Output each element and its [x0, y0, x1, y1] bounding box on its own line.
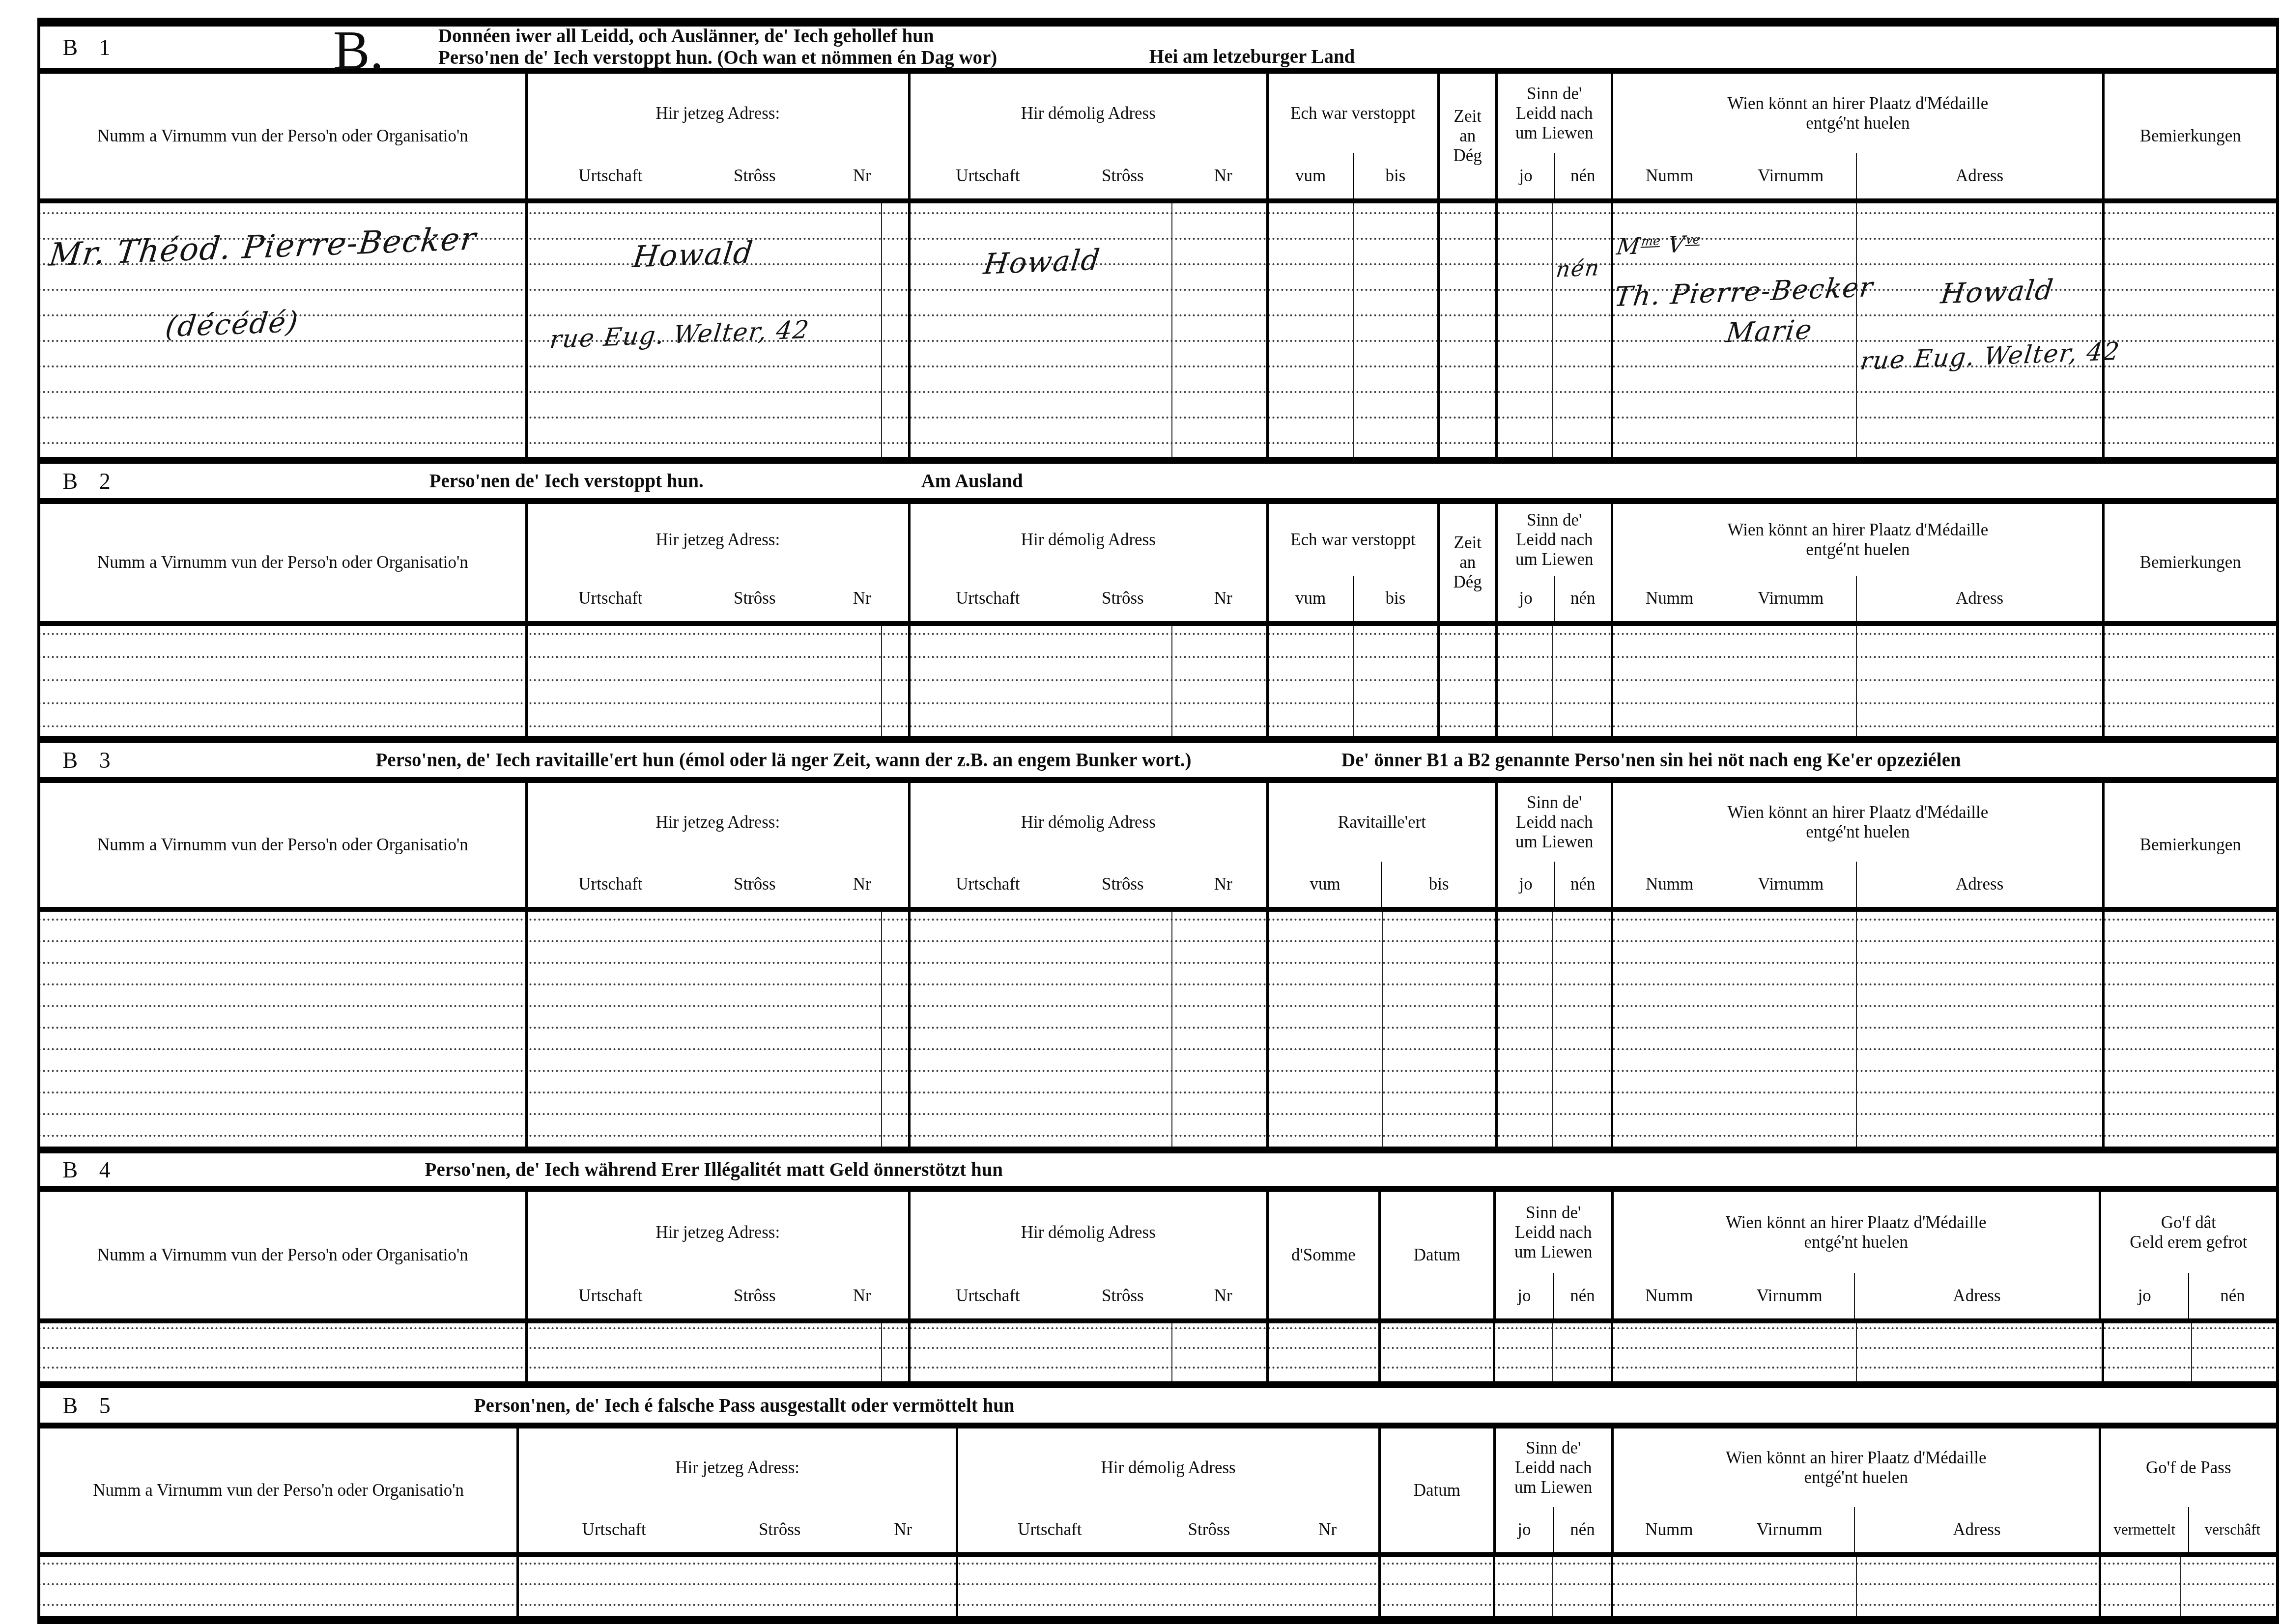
- column-divider: [1378, 1557, 1381, 1616]
- sinn-label: Sinn de' Leidd nach um Liewen: [1498, 504, 1611, 576]
- jo-label: jo: [2101, 1273, 2188, 1318]
- nr-label: Nr: [1180, 1273, 1266, 1318]
- sub-divider: [881, 626, 882, 736]
- sub-divider: [1552, 1323, 1553, 1381]
- medaille-sublabels: Numm Virnumm Adress: [1613, 153, 2102, 198]
- sub-divider: [1552, 912, 1553, 1147]
- virnumm-label: Virnumm: [1757, 1520, 1823, 1540]
- sub-divider: [1856, 626, 1857, 736]
- section-b3-id: B 3: [63, 747, 118, 773]
- urtschaft-label: Urtschaft: [911, 153, 1065, 198]
- datum-label: Datum: [1381, 1428, 1493, 1552]
- nr-label: Nr: [816, 1273, 908, 1318]
- geld-label: Go'f dât Geld erem gefrot: [2101, 1192, 2276, 1273]
- section-b5: B 5 Person'nen, de' Iech é falsche Pass …: [40, 1388, 2276, 1616]
- nr-label: Nr: [850, 1507, 956, 1552]
- column-divider: [1495, 626, 1498, 736]
- column-divider: [2102, 626, 2105, 736]
- jo-label: jo: [1498, 153, 1554, 198]
- col-sinn-header: Sinn de' Leidd nach um Liewen jo nén: [1495, 74, 1611, 198]
- title-line-2: Perso'nen de' Iech verstoppt hun. (Och w…: [438, 47, 997, 69]
- sinn-label: Sinn de' Leidd nach um Liewen: [1498, 74, 1611, 153]
- column-divider: [1611, 626, 1613, 736]
- medaille-label: Wien könnt an hirer Plaatz d'Médaille en…: [1613, 74, 2102, 153]
- col-name-label: Numm a Virnumm vun der Perso'n oder Orga…: [40, 783, 525, 907]
- stross-label: Strôss: [1065, 153, 1180, 198]
- column-divider: [1437, 626, 1440, 736]
- section-b5-id: B 5: [63, 1393, 118, 1419]
- section-b4-title: Perso'nen, de' Iech während Erer Illégal…: [425, 1159, 1003, 1181]
- section-b4-body: [40, 1323, 2276, 1388]
- virnumm-label: Virnumm: [1758, 588, 1824, 608]
- urtschaft-label: Urtschaft: [519, 1507, 709, 1552]
- adress-label: Adress: [1953, 1520, 2000, 1540]
- sinn-label: Sinn de' Leidd nach um Liewen: [1498, 783, 1611, 862]
- vermettelt-label: vermettelt: [2101, 1507, 2188, 1552]
- column-divider: [1266, 203, 1269, 457]
- sinn-label: Sinn de' Leidd nach um Liewen: [1496, 1428, 1611, 1507]
- section-b1-title-band: B 1 B. Donnéen iwer all Leidd, och Auslä…: [40, 27, 2276, 74]
- urtschaft-label: Urtschaft: [911, 862, 1065, 907]
- entry-medaille-virnumm: Marie: [1724, 313, 1814, 348]
- nen-label: nén: [1554, 576, 1611, 621]
- jo-label: jo: [1498, 862, 1554, 907]
- urtschaft-label: Urtschaft: [528, 153, 693, 198]
- zeit-label: Zeit an Dég: [1440, 504, 1495, 621]
- section-b2-id: B 2: [63, 468, 118, 494]
- demolig-label: Hir démolig Adress: [911, 783, 1266, 862]
- numm-label: Numm: [1646, 166, 1693, 186]
- stross-label: Strôss: [709, 1507, 850, 1552]
- column-divider: [1266, 912, 1269, 1147]
- entry-name: Mr. Théod. Pierre-Becker: [47, 221, 479, 274]
- verstoppt-label: Ech war verstoppt: [1269, 504, 1438, 576]
- sub-divider: [1552, 203, 1553, 457]
- column-divider: [1266, 626, 1269, 736]
- adress-label: Adress: [1956, 874, 2003, 894]
- column-divider: [908, 626, 911, 736]
- col-jetzeg-header: Hir jetzeg Adress: Urtschaft Strôss Nr: [525, 74, 908, 198]
- section-b5-title: Person'nen, de' Iech é falsche Pass ausg…: [474, 1395, 1015, 1417]
- section-b4: B 4 Perso'nen, de' Iech während Erer Ill…: [40, 1153, 2276, 1388]
- section-b-letter: B.: [333, 23, 384, 78]
- nen-label: nén: [1553, 1507, 1611, 1552]
- column-divider: [908, 203, 911, 457]
- stross-label: Strôss: [693, 576, 816, 621]
- sub-divider: [1171, 626, 1172, 736]
- entry-medaille-numm: Th. Pierre-Becker: [1613, 271, 1876, 313]
- demolig-sublabels: Urtschaft Strôss Nr: [911, 153, 1266, 198]
- adress-label: Adress: [1953, 1286, 2000, 1306]
- demolig-label: Hir démolig Adress: [911, 74, 1266, 153]
- bemierkungen-label: Bemierkungen: [2105, 504, 2276, 621]
- verstoppt-label: Ech war verstoppt: [1269, 74, 1438, 153]
- vum-label: vum: [1269, 862, 1382, 907]
- column-divider: [1437, 203, 1440, 457]
- vum-label: vum: [1269, 576, 1353, 621]
- section-b3-title-band: B 3 Perso'nen, de' Iech ravitaille'ert h…: [40, 743, 2276, 783]
- column-divider: [1611, 1557, 1613, 1616]
- column-divider: [1493, 1557, 1495, 1616]
- section-b1-header: Numm a Virnumm vun der Perso'n oder Orga…: [40, 74, 2276, 203]
- medaille-label: Wien könnt an hirer Plaatz d'Médaille en…: [1613, 504, 2102, 576]
- col-name-label: Numm a Virnumm vun der Perso'n oder Orga…: [40, 74, 525, 198]
- sub-divider: [1552, 626, 1553, 736]
- stross-label: Strôss: [1065, 1273, 1180, 1318]
- col-medaille-header: Wien könnt an hirer Plaatz d'Médaille en…: [1611, 74, 2102, 198]
- datum-label: Datum: [1381, 1192, 1493, 1318]
- sub-divider: [1856, 912, 1857, 1147]
- numm-label: Numm: [1645, 1520, 1693, 1540]
- entry-medaille-stross: rue Eug. Welter, 42: [1858, 337, 2121, 376]
- nr-label: Nr: [816, 576, 908, 621]
- col-name-label: Numm a Virnumm vun der Perso'n oder Orga…: [40, 504, 525, 621]
- column-divider: [525, 1323, 528, 1381]
- sub-divider: [1171, 1323, 1172, 1381]
- section-b3-body: [40, 912, 2276, 1153]
- nr-label: Nr: [1180, 862, 1266, 907]
- section-b3: B 3 Perso'nen, de' Iech ravitaille'ert h…: [40, 743, 2276, 1153]
- somme-label: d'Somme: [1269, 1192, 1378, 1318]
- sub-divider: [881, 203, 882, 457]
- column-divider: [1495, 203, 1498, 457]
- column-divider: [1611, 1323, 1613, 1381]
- col-zeit-header: Zeit an Dég: [1437, 74, 1495, 198]
- jetzeg-label: Hir jetzeg Adress:: [519, 1428, 956, 1507]
- adress-label: Adress: [1956, 588, 2003, 608]
- section-b3-title: Perso'nen, de' Iech ravitaille'ert hun (…: [376, 749, 1192, 771]
- urtschaft-label: Urtschaft: [528, 862, 693, 907]
- nen-label: nén: [1554, 862, 1611, 907]
- nr-label: Nr: [1277, 1507, 1378, 1552]
- nen-label: nén: [1554, 153, 1611, 198]
- vum-label: vum: [1269, 153, 1353, 198]
- section-b1-body: Mr. Théod. Pierre-Becker (décédé) Howald…: [40, 203, 2276, 464]
- numm-label: Numm: [1646, 588, 1693, 608]
- section-b5-title-band: B 5 Person'nen, de' Iech é falsche Pass …: [40, 1388, 2276, 1428]
- demolig-label: Hir démolig Adress: [958, 1428, 1378, 1507]
- sub-divider: [1353, 203, 1354, 457]
- sinn-sublabels: jo nén: [1498, 153, 1611, 198]
- col-name-header: Numm a Virnumm vun der Perso'n oder Orga…: [40, 74, 525, 198]
- medaille-label: Wien könnt an hirer Plaatz d'Médaille en…: [1613, 783, 2102, 862]
- section-b2: B 2 Perso'nen de' Iech verstoppt hun. Am…: [40, 464, 2276, 743]
- bis-label: bis: [1353, 576, 1438, 621]
- entry-jetzeg-stross: rue Eug. Welter, 42: [548, 315, 811, 354]
- demolig-label: Hir démolig Adress: [911, 504, 1266, 576]
- jetzeg-label: Hir jetzeg Adress:: [528, 504, 908, 576]
- urtschaft-label: Urtschaft: [911, 1273, 1065, 1318]
- pass-label: Go'f de Pass: [2101, 1428, 2276, 1507]
- section-b2-body: [40, 626, 2276, 743]
- column-divider: [1378, 1323, 1381, 1381]
- column-divider: [525, 912, 528, 1147]
- column-divider: [2099, 1557, 2101, 1616]
- numm-label: Numm: [1645, 1286, 1693, 1306]
- zeit-label: Zeit an Dég: [1440, 74, 1495, 198]
- entry-name-note: (décédé): [164, 305, 301, 344]
- section-b3-header: Numm a Virnumm vun der Perso'n oder Orga…: [40, 783, 2276, 912]
- entry-medaille-urtschaft: Howald: [1939, 274, 2055, 310]
- column-divider: [1266, 1323, 1269, 1381]
- bemierkungen-label: Bemierkungen: [2105, 74, 2276, 198]
- form-table: B 1 B. Donnéen iwer all Leidd, och Auslä…: [37, 18, 2279, 1624]
- sub-divider: [2191, 1323, 2192, 1381]
- stross-label: Strôss: [693, 1273, 816, 1318]
- entry-jetzeg-urtschaft: Howald: [631, 235, 755, 275]
- column-divider: [525, 203, 528, 457]
- nen-label: nén: [1553, 1273, 1611, 1318]
- urtschaft-label: Urtschaft: [958, 1507, 1141, 1552]
- sub-divider: [1856, 1323, 1857, 1381]
- section-b4-header: Numm a Virnumm vun der Perso'n oder Orga…: [40, 1192, 2276, 1323]
- jetzeg-label: Hir jetzeg Adress:: [528, 783, 908, 862]
- sub-divider: [881, 1323, 882, 1381]
- sub-divider: [1856, 1557, 1857, 1616]
- section-b3-title-right: De' önner B1 a B2 genannte Perso'nen sin…: [1341, 749, 1961, 771]
- jetzeg-label: Hir jetzeg Adress:: [528, 1192, 908, 1273]
- medaille-label: Wien könnt an hirer Plaatz d'Médaille en…: [1614, 1428, 2099, 1507]
- section-b1-title: Donnéen iwer all Leidd, och Auslänner, d…: [438, 26, 997, 69]
- urtschaft-label: Urtschaft: [911, 576, 1065, 621]
- virnumm-label: Virnumm: [1758, 166, 1824, 186]
- col-demolig-header: Hir démolig Adress Urtschaft Strôss Nr: [908, 74, 1266, 198]
- section-b4-title-band: B 4 Perso'nen, de' Iech während Erer Ill…: [40, 1153, 2276, 1192]
- sub-divider: [1552, 1557, 1553, 1616]
- nr-label: Nr: [1180, 576, 1266, 621]
- verschaft-label: verschâft: [2188, 1507, 2276, 1552]
- section-b1-id: B 1: [63, 34, 118, 60]
- col-name-label: Numm a Virnumm vun der Perso'n oder Orga…: [40, 1428, 516, 1552]
- column-divider: [525, 626, 528, 736]
- sub-divider: [1353, 626, 1354, 736]
- column-divider: [1493, 1323, 1495, 1381]
- jo-label: jo: [1496, 1273, 1553, 1318]
- column-divider: [908, 1323, 911, 1381]
- stross-label: Strôss: [693, 153, 816, 198]
- column-divider: [908, 912, 911, 1147]
- stross-label: Strôss: [1065, 862, 1180, 907]
- column-divider: [1611, 912, 1613, 1147]
- stross-label: Strôss: [1141, 1507, 1277, 1552]
- jo-label: jo: [1498, 576, 1554, 621]
- ravitailleert-label: Ravitaille'ert: [1269, 783, 1495, 862]
- verstoppt-sublabels: vum bis: [1269, 153, 1438, 198]
- scanned-form-page: { "form": { "sections": [ { "id": "B 1",…: [0, 0, 2280, 1624]
- column-divider: [516, 1557, 519, 1616]
- column-divider: [1495, 912, 1498, 1147]
- nr-label: Nr: [816, 153, 908, 198]
- demolig-label: Hir démolig Adress: [911, 1192, 1266, 1273]
- column-divider: [2102, 912, 2105, 1147]
- medaille-label: Wien könnt an hirer Plaatz d'Médaille en…: [1614, 1192, 2099, 1273]
- sinn-label: Sinn de' Leidd nach um Liewen: [1496, 1192, 1611, 1273]
- nen-label: nén: [2188, 1273, 2276, 1318]
- nr-label: Nr: [816, 862, 908, 907]
- section-b2-title-right: Am Ausland: [921, 470, 1023, 492]
- virnumm-label: Virnumm: [1757, 1286, 1823, 1306]
- bis-label: bis: [1381, 862, 1495, 907]
- stross-label: Strôss: [1065, 576, 1180, 621]
- title-line-1: Donnéen iwer all Leidd, och Auslänner, d…: [438, 26, 997, 47]
- section-b2-title: Perso'nen de' Iech verstoppt hun.: [429, 470, 704, 492]
- col-verstoppt-header: Ech war verstoppt vum bis: [1266, 74, 1438, 198]
- urtschaft-label: Urtschaft: [528, 576, 693, 621]
- nr-label: Nr: [1180, 153, 1266, 198]
- section-b5-body: [40, 1557, 2276, 1616]
- adress-label: Adress: [1956, 166, 2003, 186]
- virnumm-label: Virnumm: [1758, 874, 1824, 894]
- col-bemierkungen-header: Bemierkungen: [2102, 74, 2276, 198]
- numm-label: Numm: [1646, 874, 1693, 894]
- sub-divider: [1382, 912, 1383, 1147]
- section-b1-title-right: Hei am letzeburger Land: [1149, 46, 1355, 68]
- entry-demolig-urtschaft: Howald: [982, 243, 1102, 280]
- column-divider: [956, 1557, 958, 1616]
- jetzeg-label: Hir jetzeg Adress:: [528, 74, 908, 153]
- sub-divider: [2180, 1557, 2181, 1616]
- entry-sinn-nen: nén: [1555, 255, 1601, 282]
- sub-divider: [1171, 912, 1172, 1147]
- bemierkungen-label: Bemierkungen: [2105, 783, 2276, 907]
- section-b1: B 1 B. Donnéen iwer all Leidd, och Auslä…: [40, 27, 2276, 464]
- sub-divider: [1171, 203, 1172, 457]
- jetzeg-sublabels: Urtschaft Strôss Nr: [528, 153, 908, 198]
- stross-label: Strôss: [693, 862, 816, 907]
- sub-divider: [881, 912, 882, 1147]
- col-name-label: Numm a Virnumm vun der Perso'n oder Orga…: [40, 1192, 525, 1318]
- column-divider: [2102, 1323, 2104, 1381]
- section-b2-header: Numm a Virnumm vun der Perso'n oder Orga…: [40, 504, 2276, 626]
- column-divider: [2102, 203, 2105, 457]
- column-divider: [1611, 203, 1613, 457]
- jo-label: jo: [1496, 1507, 1553, 1552]
- section-b5-header: Numm a Virnumm vun der Perso'n oder Orga…: [40, 1428, 2276, 1557]
- entry-medaille-title: Mme Vve: [1615, 230, 1702, 260]
- urtschaft-label: Urtschaft: [528, 1273, 693, 1318]
- sub-divider: [1856, 203, 1857, 457]
- section-b2-title-band: B 2 Perso'nen de' Iech verstoppt hun. Am…: [40, 464, 2276, 504]
- section-b4-id: B 4: [63, 1157, 118, 1183]
- bis-label: bis: [1353, 153, 1438, 198]
